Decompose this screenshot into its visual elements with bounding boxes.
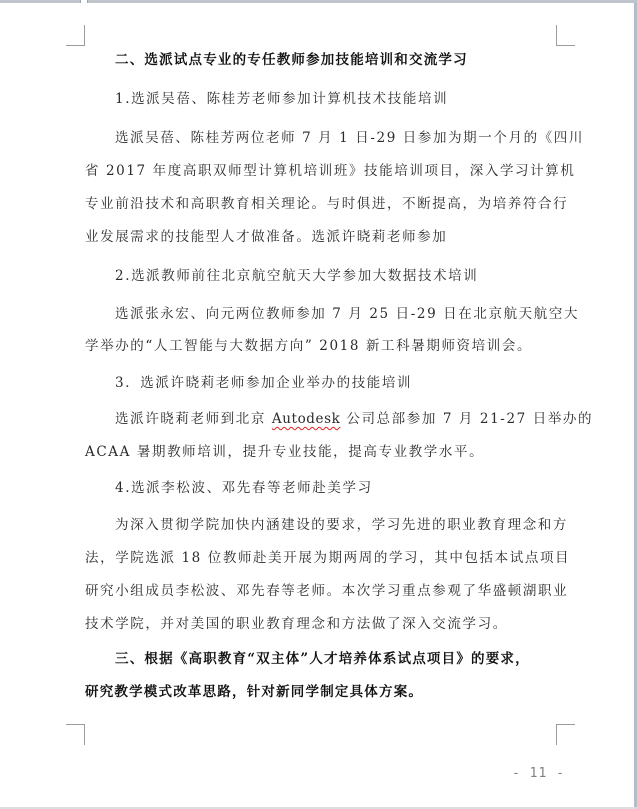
item-1-line-1: 选派吴蓓、陈桂芳两位老师 7 月 1 日-29 日参加为期一个月的《四川 [115,128,584,148]
item-4-line-2: 法，学院选派 18 位教师赴美开展为期两周的学习，其中包括本试点项目 [85,548,570,568]
item-3-line-1: 选派许晓莉老师到北京 Autodesk 公司总部参加 7 月 21-27 日举办… [115,409,593,429]
section-3-heading-line-2: 研究教学模式改革思路，针对新同学制定具体方案。 [85,682,423,702]
item-1-line-4: 业发展需求的技能型人才做准备。选派许晓莉老师参加 [85,227,447,247]
item-3-line-1-before: 选派许晓莉老师到北京 [115,411,272,427]
crop-mark-top-left [66,25,85,46]
item-4-line-4: 技术学院，并对美国的职业教育理念和方法做了深入交流学习。 [85,614,508,634]
item-3-title: 3．选派许晓莉老师参加企业举办的技能培训 [115,373,412,393]
section-2-heading: 二、选派试点专业的专任教师参加技能培训和交流学习 [115,50,468,70]
spellcheck-flagged-word[interactable]: Autodesk [272,411,341,427]
document-page[interactable]: 二、选派试点专业的专任教师参加技能培训和交流学习 1.选派吴蓓、陈桂芳老师参加计… [0,3,634,807]
crop-mark-bottom-right [556,724,575,745]
item-2-title: 2.选派教师前往北京航空航天大学参加大数据技术培训 [115,266,478,286]
item-1-line-2: 省 2017 年度高职双师型计算机培训班》技能培训项目，深入学习计算机 [85,161,575,181]
item-2-line-2: 学举办的“人工智能与大数据方向” 2018 新工科暑期师资培训会。 [85,336,532,356]
section-3-heading-line-1: 三、根据《高职教育“双主体”人才培养体系试点项目》的要求， [115,649,530,669]
item-2-line-1: 选派张永宏、向元两位教师参加 7 月 25 日-29 日在北京航天航空大 [115,304,579,324]
crop-mark-bottom-left [66,724,85,745]
crop-mark-top-right [556,25,575,46]
item-1-line-3: 专业前沿技术和高职教育相关理论。与时俱进，不断提高，为培养符合行 [85,194,568,214]
item-4-title: 4.选派李松波、邓先春等老师赴美学习 [115,478,373,498]
item-3-line-1-after: 公司总部参加 7 月 21-27 日举办的 [340,411,593,427]
item-4-line-3: 研究小组成员李松波、邓先春等老师。本次学习重点参观了华盛顿湖职业 [85,581,568,601]
item-1-title: 1.选派吴蓓、陈桂芳老师参加计算机技术技能培训 [115,89,448,109]
page-number: - 11 - [512,766,565,781]
item-3-line-2: ACAA 暑期教师培训，提升专业技能，提高专业教学水平。 [85,442,484,462]
item-4-line-1: 为深入贯彻学院加快内涵建设的要求，学习先进的职业教育理念和方 [115,515,568,535]
